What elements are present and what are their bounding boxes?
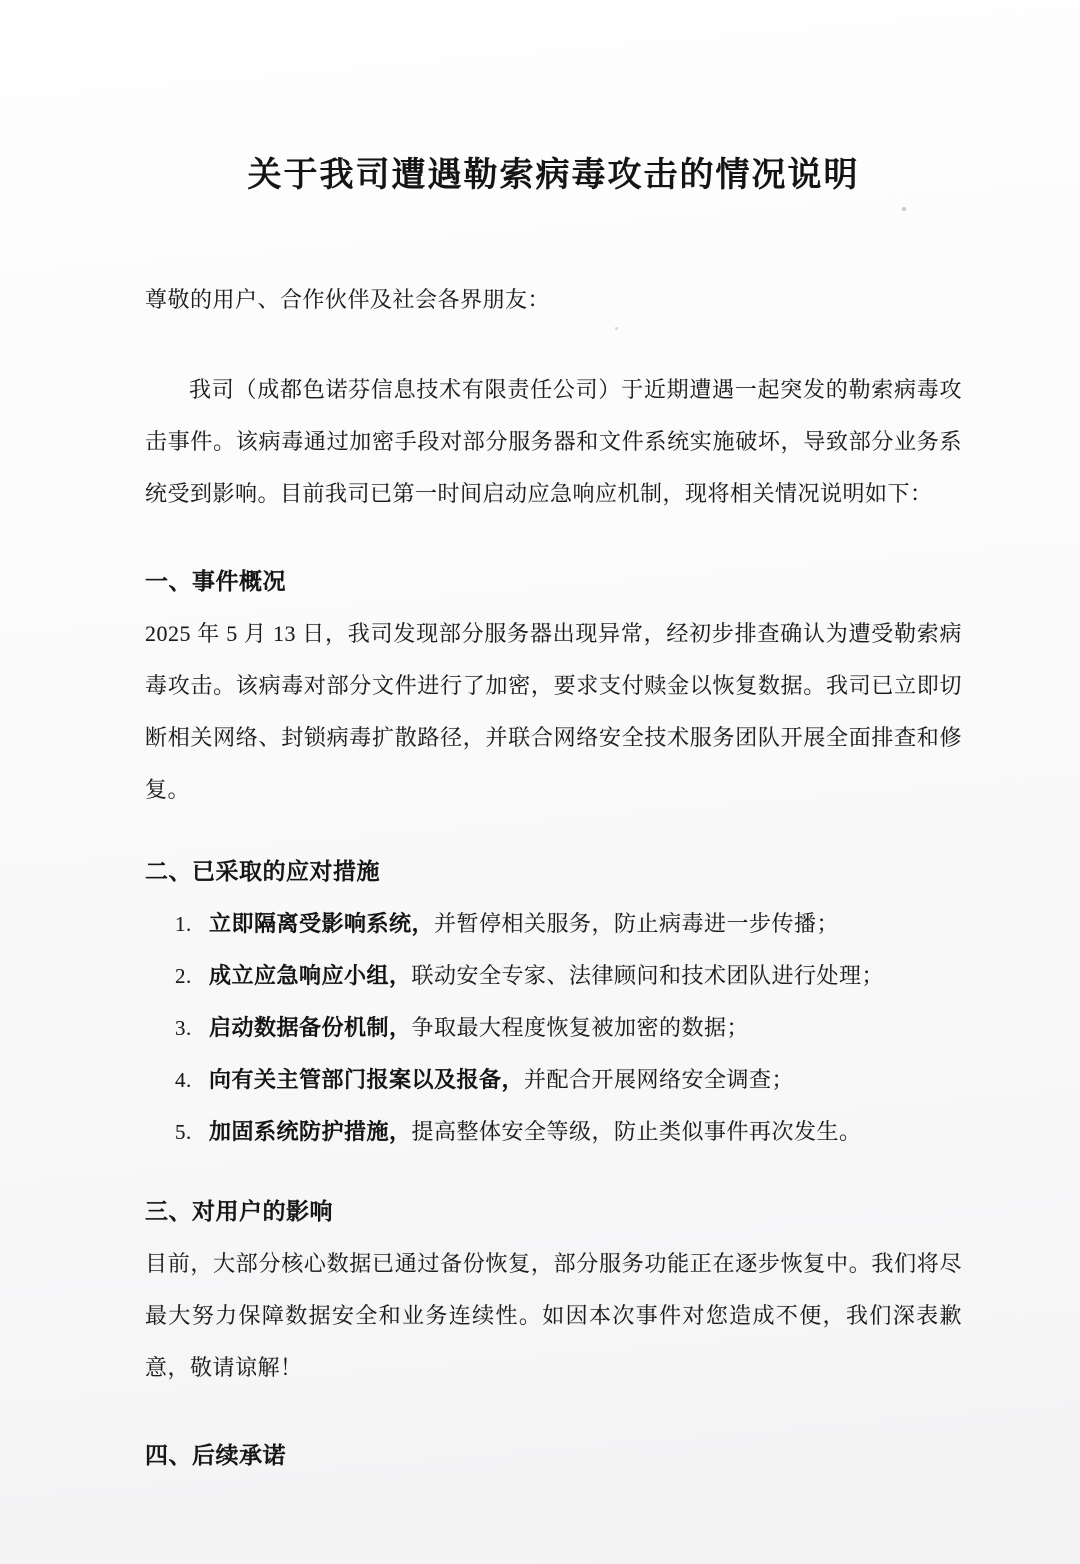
measure-rest: 联动安全专家、法律顾问和技术团队进行处理； — [412, 963, 885, 988]
measure-lead: 启动数据备份机制， — [209, 1015, 412, 1040]
salutation: 尊敬的用户、合作伙伴及社会各界朋友： — [145, 274, 962, 326]
section-impact-heading: 三、对用户的影响 — [145, 1186, 962, 1238]
section-overview-heading: 一、事件概况 — [145, 556, 962, 608]
measure-number: 3. — [175, 1002, 209, 1054]
scan-artifact — [615, 327, 618, 330]
measure-item: 4.向有关主管部门报案以及报备，并配合开展网络安全调查； — [145, 1054, 962, 1106]
measures-list: 1.立即隔离受影响系统，并暂停相关服务，防止病毒进一步传播； 2.成立应急响应小… — [145, 898, 962, 1158]
document-page: 关于我司遭遇勒索病毒攻击的情况说明 尊敬的用户、合作伙伴及社会各界朋友： 我司（… — [0, 0, 1080, 1564]
measure-item: 1.立即隔离受影响系统，并暂停相关服务，防止病毒进一步传播； — [145, 898, 962, 950]
measure-rest: 争取最大程度恢复被加密的数据； — [412, 1015, 750, 1040]
scan-artifact — [902, 207, 906, 211]
measure-number: 4. — [175, 1054, 209, 1106]
measure-item: 3.启动数据备份机制，争取最大程度恢复被加密的数据； — [145, 1002, 962, 1054]
measure-number: 1. — [175, 898, 209, 950]
measure-rest: 并配合开展网络安全调查； — [524, 1067, 794, 1092]
section-impact-body: 目前，大部分核心数据已通过备份恢复，部分服务功能正在逐步恢复中。我们将尽最大努力… — [145, 1238, 962, 1394]
measure-rest: 提高整体安全等级，防止类似事件再次发生。 — [412, 1119, 862, 1144]
measure-number: 5. — [175, 1106, 209, 1158]
measure-lead: 加固系统防护措施， — [209, 1119, 412, 1144]
page-title: 关于我司遭遇勒索病毒攻击的情况说明 — [145, 152, 962, 200]
section-overview-body: 2025 年 5 月 13 日，我司发现部分服务器出现异常，经初步排查确认为遭受… — [145, 608, 962, 816]
section-measures-heading: 二、已采取的应对措施 — [145, 846, 962, 898]
measure-rest: 并暂停相关服务，防止病毒进一步传播； — [434, 911, 839, 936]
section-commitment-heading: 四、后续承诺 — [145, 1430, 962, 1482]
measure-lead: 成立应急响应小组， — [209, 963, 412, 988]
measure-item: 5.加固系统防护措施，提高整体安全等级，防止类似事件再次发生。 — [145, 1106, 962, 1158]
measure-item: 2.成立应急响应小组，联动安全专家、法律顾问和技术团队进行处理； — [145, 950, 962, 1002]
measure-number: 2. — [175, 950, 209, 1002]
intro-paragraph: 我司（成都色诺芬信息技术有限责任公司）于近期遭遇一起突发的勒索病毒攻击事件。该病… — [145, 364, 962, 520]
measure-lead: 向有关主管部门报案以及报备， — [209, 1067, 524, 1092]
measure-lead: 立即隔离受影响系统， — [209, 911, 434, 936]
